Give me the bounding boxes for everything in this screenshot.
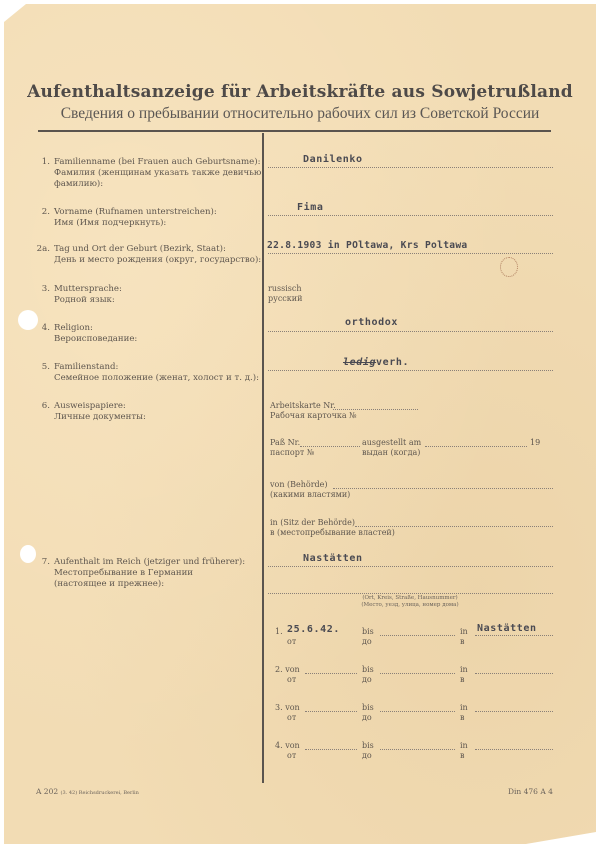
from-date-line[interactable] [305, 749, 357, 750]
religion-value[interactable]: orthodox [345, 317, 398, 328]
passport-line[interactable] [300, 446, 360, 447]
authority-seat-label: in (Sitz der Behörde) в (местопребывание… [270, 518, 395, 538]
surname-value[interactable]: Danilenko [303, 154, 363, 165]
surname-line [268, 167, 553, 168]
marital-value[interactable]: verh. [376, 357, 409, 368]
passport-label: Paß Nr. паспорт № [270, 438, 314, 458]
place-line[interactable] [475, 749, 553, 750]
to-date-line[interactable] [380, 635, 455, 636]
paper-hole [18, 310, 38, 330]
firstname-value[interactable]: Fima [297, 202, 323, 213]
torn-corner [526, 832, 596, 844]
place-line[interactable] [475, 673, 553, 674]
birth-line [268, 253, 553, 254]
from-date-line[interactable] [305, 711, 357, 712]
to-date-line[interactable] [380, 711, 455, 712]
field-mother-tongue-label: 3.Muttersprache: Родной язык: [36, 284, 122, 306]
field-residence-label: 7.Aufenthalt im Reich (jetziger und früh… [36, 557, 245, 590]
field-religion-label: 4.Religion: Вероисповедание: [36, 323, 137, 345]
residence-value[interactable]: Nastätten [303, 553, 363, 564]
birth-value[interactable]: 22.8.1903 in POltawa, Krs Poltawa [267, 240, 468, 251]
to-date-line[interactable] [380, 749, 455, 750]
work-card-line[interactable] [333, 409, 418, 410]
field-firstname-label: 2.Vorname (Rufnamen unterstreichen): Имя… [36, 207, 217, 229]
form-title-german: Aufenthaltsanzeige für Arbeitskräfte aus… [0, 82, 600, 102]
issued-line[interactable] [425, 446, 527, 447]
form-title-russian: Сведения о пребывании относительно рабоч… [0, 105, 600, 123]
field-surname-label: 1.Familienname (bei Frauen auch Geburtsn… [36, 157, 261, 190]
year-prefix: 19 [530, 438, 540, 448]
place-value[interactable]: Nastätten [477, 623, 537, 634]
authority-seat-line[interactable] [355, 526, 553, 527]
firstname-line [268, 215, 553, 216]
column-divider [262, 133, 264, 783]
field-marital-label: 5.Familienstand: Семейное положение (жен… [36, 362, 259, 384]
field-birth-label: 2a.Tag und Ort der Geburt (Bezirk, Staat… [32, 244, 261, 266]
torn-corner [4, 4, 26, 22]
authority-label: von (Behörde) (какими властями) [270, 480, 350, 500]
work-card-label: Arbeitskarte Nr. Рабочая карточка № [270, 401, 357, 421]
header-divider [38, 130, 551, 132]
residence-line [268, 566, 553, 567]
marital-struck-value: ledig [343, 357, 376, 368]
form-number: A 202 (3. 42) Reichsdruckerei, Berlin [36, 787, 139, 796]
place-line[interactable] [475, 711, 553, 712]
stain-mark [500, 257, 518, 277]
issued-label: ausgestellt am выдан (когда) [362, 438, 421, 458]
din-format: Din 476 A 4 [508, 787, 553, 796]
to-date-line[interactable] [380, 673, 455, 674]
field-documents-label: 6.Ausweispapiere: Личные документы: [36, 401, 146, 423]
from-date-line[interactable] [305, 673, 357, 674]
paper-hole [20, 545, 36, 563]
marital-line [268, 370, 553, 371]
from-date-value[interactable]: 25.6.42. [287, 624, 340, 635]
authority-line[interactable] [333, 488, 553, 489]
religion-line [268, 331, 553, 332]
residence-line-2[interactable] [268, 593, 553, 594]
mother-tongue-value: russisch русский [268, 284, 302, 304]
address-hint: (Ort, Kreis, Straße, Hausnummer) (Место,… [340, 595, 480, 609]
